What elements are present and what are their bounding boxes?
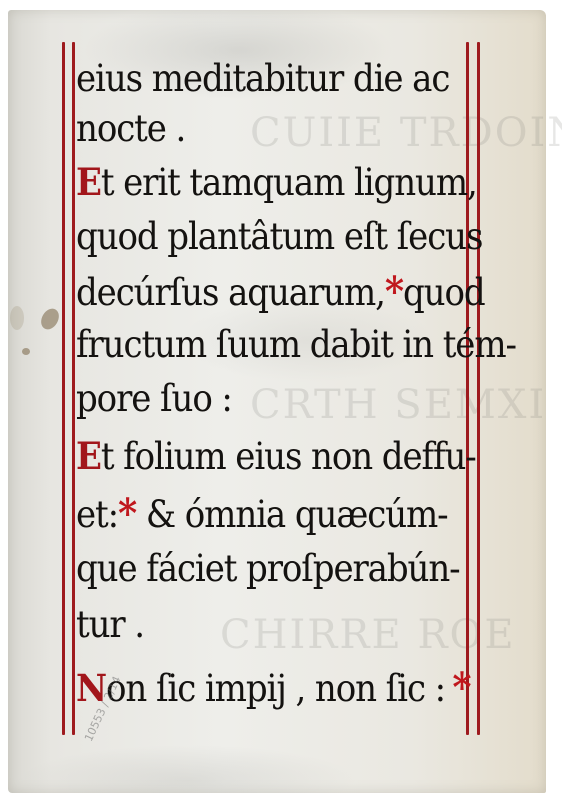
line-text: fructum ſuum dabit in tém-: [76, 323, 516, 366]
text-line-8: Et folium eius non deffu-: [76, 438, 476, 475]
text-line-5: decúrſus aquarum,*quod: [76, 272, 485, 312]
red-asterisk-icon: *: [118, 490, 136, 537]
text-line-4: quod plantâtum eſt ſecus: [76, 218, 482, 255]
line-text: nocte .: [76, 107, 185, 150]
show-through-text: CHIRRE ROE: [220, 612, 516, 658]
line-text: on ſic impij , non ſic :: [106, 667, 445, 710]
text-line-12: Non ſic impij , non ſic :*: [76, 668, 470, 708]
stain-mark: [10, 306, 24, 330]
red-asterisk-icon: *: [452, 664, 470, 711]
text-line-3: Et erit tamquam lignum,: [76, 164, 477, 201]
text-line-2: nocte .: [76, 110, 185, 147]
text-line-10: que fáciet proſperabún-: [76, 550, 460, 587]
left-inner-rule: [72, 42, 75, 735]
text-line-9: et:* & ómnia quæcúm-: [76, 494, 448, 534]
red-initial-E: E: [76, 434, 101, 478]
line-text: et:: [76, 493, 118, 536]
line-text: eius meditabitur die ac: [76, 57, 449, 100]
text-line-1: eius meditabitur die ac: [76, 60, 449, 97]
red-initial-E: E: [76, 160, 101, 204]
line-text: quod: [403, 271, 485, 314]
text-line-7: pore ſuo :: [76, 380, 232, 417]
line-text: decúrſus aquarum,: [76, 271, 385, 314]
line-text: que fáciet proſperabún-: [76, 547, 460, 590]
text-line-6: fructum ſuum dabit in tém-: [76, 326, 516, 363]
left-outer-rule: [62, 42, 65, 735]
line-text: t erit tamquam lignum,: [101, 161, 477, 204]
line-text: & ómnia quæcúm-: [136, 493, 447, 536]
red-asterisk-icon: *: [385, 268, 403, 315]
line-text: tur .: [76, 603, 144, 646]
line-text: quod plantâtum eſt ſecus: [76, 215, 482, 258]
show-through-text: CUIIE TRDOIN: [250, 110, 562, 156]
line-text: pore ſuo :: [76, 377, 232, 420]
line-text: t folium eius non deffu-: [101, 435, 476, 478]
text-line-11: tur .: [76, 606, 144, 643]
right-inner-rule: [466, 42, 469, 735]
right-outer-rule: [477, 42, 480, 735]
show-through-text: CRTH SEMXI: [250, 382, 546, 428]
stain-mark: [22, 348, 30, 355]
